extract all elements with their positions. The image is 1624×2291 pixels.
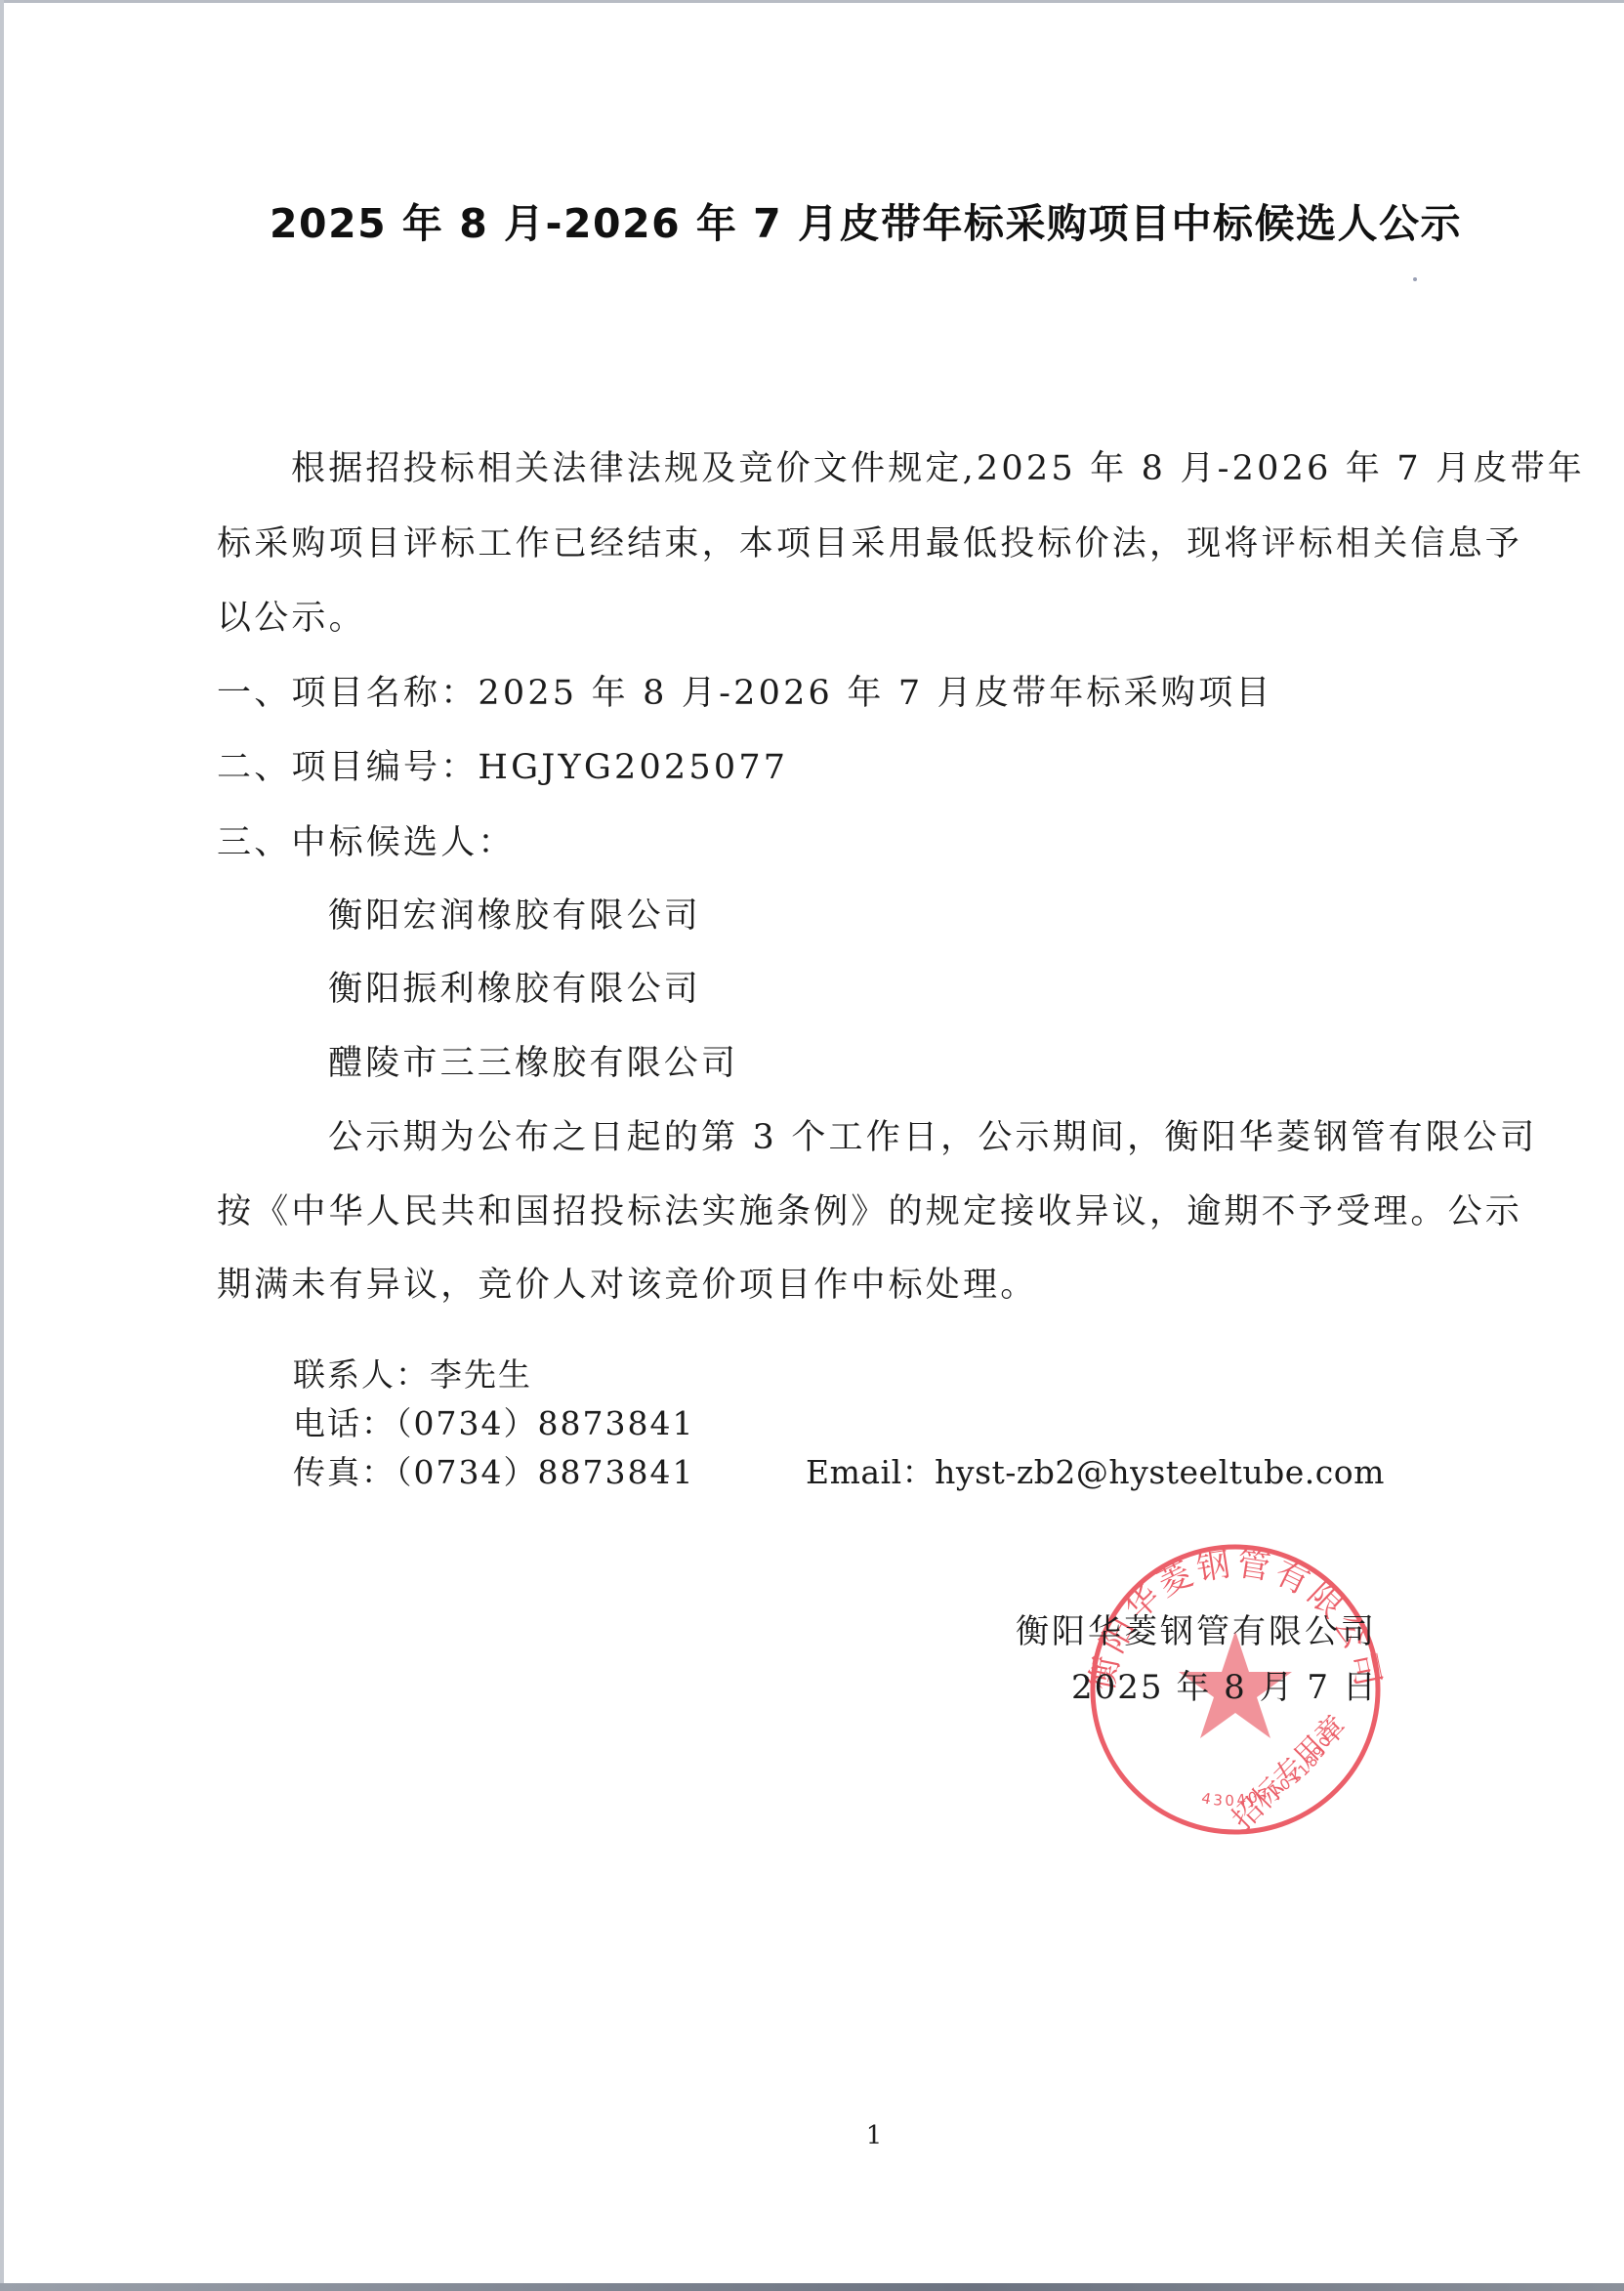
document-title: 2025 年 8 月-2026 年 7 月皮带年标采购项目中标候选人公示 bbox=[270, 200, 1462, 247]
project-name-value: 2025 年 8 月-2026 年 7 月皮带年标采购项目 bbox=[478, 674, 1272, 713]
contact-phone: 电话：（0734）8873841 bbox=[293, 1399, 694, 1448]
contact-fax-label: 传真： bbox=[293, 1453, 396, 1491]
contact-person: 联系人：李先生 bbox=[293, 1351, 532, 1399]
candidate-2: 衡阳振利橡胶有限公司 bbox=[328, 965, 701, 1014]
section-candidates: 三、中标候选人： bbox=[217, 818, 516, 867]
seal-center-text: 招标专用章 bbox=[1226, 1709, 1353, 1837]
contact-email-label: Email： bbox=[806, 1453, 935, 1491]
section-label: 一、项目名称： bbox=[217, 674, 478, 713]
intro-line-3: 以公示。 bbox=[217, 594, 366, 643]
section-project-name: 一、项目名称：2025 年 8 月-2026 年 7 月皮带年标采购项目 bbox=[217, 669, 1272, 718]
candidate-3: 醴陵市三三橡胶有限公司 bbox=[328, 1039, 738, 1088]
scan-edge-top bbox=[0, 0, 1624, 3]
intro-line-1: 根据招投标相关法律法规及竞价文件规定,2025 年 8 月-2026 年 7 月… bbox=[291, 444, 1585, 493]
signature-date: 2025 年 8 月 7 日 bbox=[1071, 1663, 1378, 1712]
contact-phone-value: （0734）8873841 bbox=[396, 1404, 694, 1442]
scan-edge-left bbox=[0, 0, 4, 2291]
candidate-1: 衡阳宏润橡胶有限公司 bbox=[328, 892, 701, 940]
section-project-number: 二、项目编号：HGJYG2025077 bbox=[217, 743, 788, 792]
intro-line-2: 标采购项目评标工作已经结束，本项目采用最低投标价法，现将评标相关信息予 bbox=[217, 520, 1522, 568]
scan-edge-bottom bbox=[0, 2283, 1624, 2291]
contact-fax-value: （0734）8873841 bbox=[396, 1453, 694, 1491]
contact-phone-label: 电话： bbox=[293, 1404, 396, 1442]
signature-company: 衡阳华菱钢管有限公司 bbox=[1016, 1607, 1377, 1656]
section-label: 二、项目编号： bbox=[217, 748, 478, 787]
contact-email-value[interactable]: hyst-zb2@hysteeltube.com bbox=[935, 1453, 1385, 1491]
page-number: 1 bbox=[0, 2121, 1624, 2150]
page-number-text: 1 bbox=[866, 2121, 883, 2150]
contact-person-label: 联系人： bbox=[293, 1355, 430, 1394]
notice-line-2: 按《中华人民共和国招投标法实施条例》的规定接收异议，逾期不予受理。公示 bbox=[217, 1187, 1522, 1236]
document-title-container: 2025 年 8 月-2026 年 7 月皮带年标采购项目中标候选人公示 bbox=[0, 191, 1624, 249]
contact-email: Email：hyst-zb2@hysteeltube.com bbox=[806, 1448, 1385, 1497]
scan-speck bbox=[1413, 277, 1417, 281]
notice-line-3: 期满未有异议，竞价人对该竞价项目作中标处理。 bbox=[217, 1261, 1037, 1310]
project-number-value: HGJYG2025077 bbox=[478, 748, 788, 787]
notice-line-1: 公示期为公布之日起的第 3 个工作日，公示期间，衡阳华菱钢管有限公司 bbox=[328, 1113, 1537, 1162]
section-label: 三、中标候选人： bbox=[217, 823, 516, 862]
contact-fax: 传真：（0734）8873841 bbox=[293, 1448, 694, 1497]
contact-person-value: 李先生 bbox=[430, 1355, 532, 1394]
